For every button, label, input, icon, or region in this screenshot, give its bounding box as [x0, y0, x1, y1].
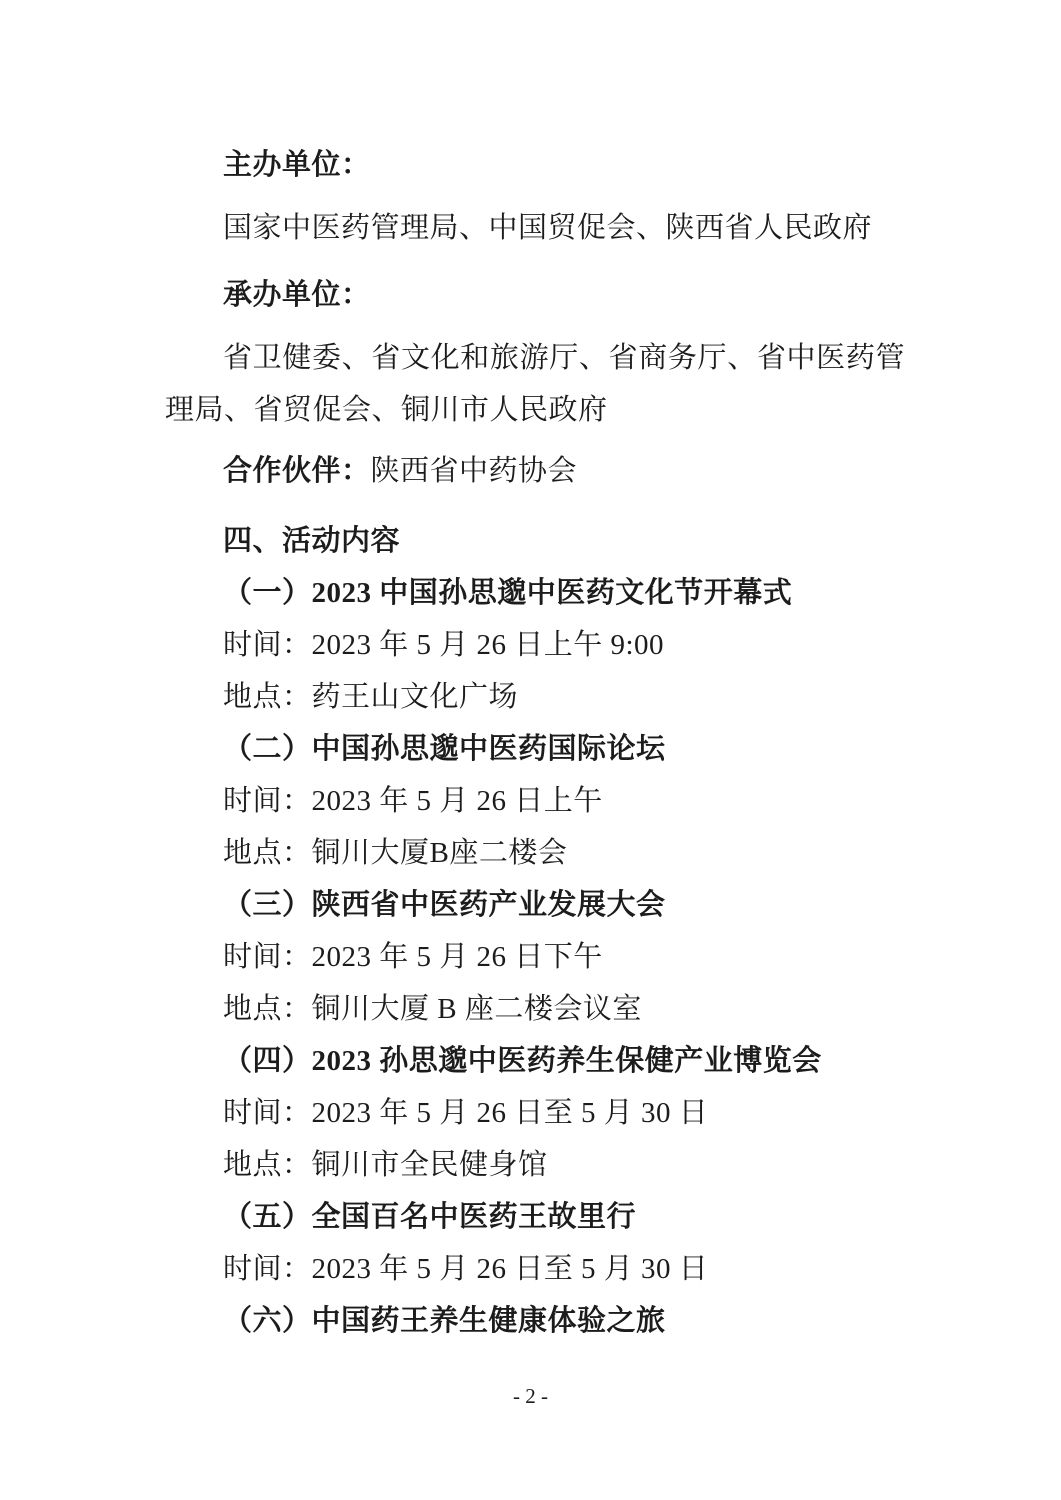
activity-3-location: 地点：铜川大厦 B 座二楼会议室	[165, 983, 905, 1035]
activity-2-title: （二）中国孙思邈中医药国际论坛	[165, 723, 905, 775]
organizer-heading: 主办单位：	[165, 139, 905, 191]
activity-1-time: 时间：2023 年 5 月 26 日上午 9:00	[165, 619, 905, 671]
organizer-names: 国家中医药管理局、中国贸促会、陕西省人民政府	[165, 202, 905, 254]
activity-4-time: 时间：2023 年 5 月 26 日至 5 月 30 日	[165, 1087, 905, 1139]
co-organizer-names: 省卫健委、省文化和旅游厅、省商务厅、省中医药管理局、省贸促会、铜川市人民政府	[165, 332, 905, 436]
activity-2-time: 时间：2023 年 5 月 26 日上午	[165, 775, 905, 827]
partner-label: 合作伙伴：	[223, 455, 371, 487]
activity-4-location: 地点：铜川市全民健身馆	[165, 1139, 905, 1191]
page-number: - 2 -	[0, 1383, 1061, 1409]
co-organizer-heading: 承办单位：	[165, 269, 905, 321]
activity-1-location: 地点：药王山文化广场	[165, 671, 905, 723]
activity-5-title: （五）全国百名中医药王故里行	[165, 1191, 905, 1243]
activity-5-time: 时间：2023 年 5 月 26 日至 5 月 30 日	[165, 1243, 905, 1295]
document-body: 主办单位： 国家中医药管理局、中国贸促会、陕西省人民政府 承办单位： 省卫健委、…	[165, 139, 905, 1347]
section-heading-activities: 四、活动内容	[165, 515, 905, 567]
activity-6-title: （六）中国药王养生健康体验之旅	[165, 1295, 905, 1347]
activity-1-title: （一）2023 中国孙思邈中医药文化节开幕式	[165, 567, 905, 619]
activity-2-location: 地点：铜川大厦B座二楼会	[165, 827, 905, 879]
activity-3-time: 时间：2023 年 5 月 26 日下午	[165, 931, 905, 983]
partner-value: 陕西省中药协会	[371, 455, 578, 487]
partner-line: 合作伙伴：陕西省中药协会	[165, 445, 905, 497]
activity-3-title: （三）陕西省中医药产业发展大会	[165, 879, 905, 931]
activity-4-title: （四）2023 孙思邈中医药养生保健产业博览会	[165, 1035, 905, 1087]
document-page: 主办单位： 国家中医药管理局、中国贸促会、陕西省人民政府 承办单位： 省卫健委、…	[0, 0, 1061, 1500]
